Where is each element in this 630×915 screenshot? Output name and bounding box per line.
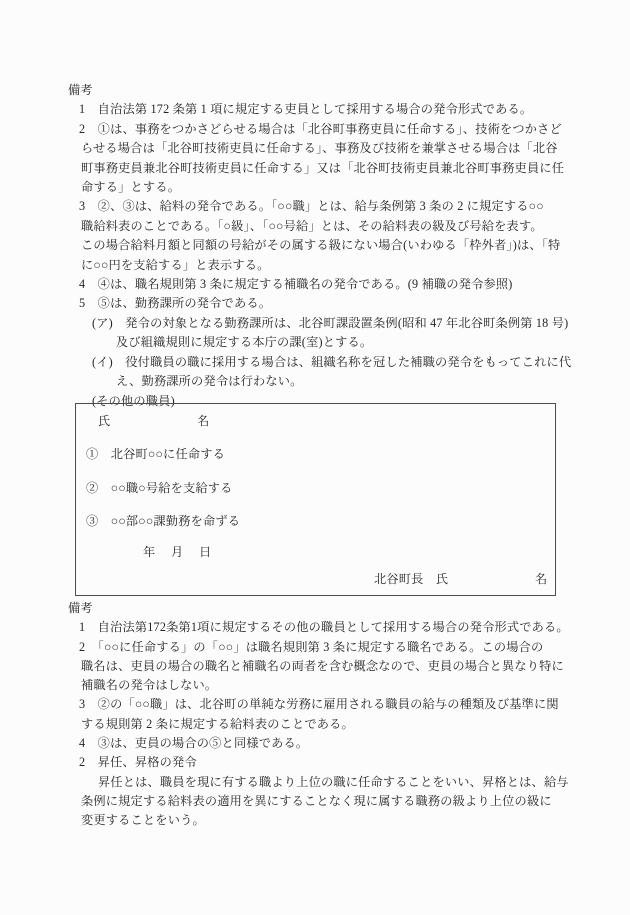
document-page: 備考 1 自治法第 172 条第 1 項に規定する吏員として採用する場合の発令形…: [0, 0, 630, 915]
remark-line: 条例に規定する給料表の適用を異にすることなく現に属する職務の級より上位の級に: [0, 792, 630, 811]
remark-line: この場合給料月額と同額の号給がその属する級にない場合(いわゆる「枠外者」)は、「…: [0, 236, 630, 255]
remark-line: 1 自治法第 172 条第 1 項に規定する吏員として採用する場合の発令形式であ…: [0, 100, 630, 119]
name-header: 氏 名: [76, 412, 555, 431]
remark-line: 昇任とは、職員を現に有する職より上位の職に任命することをいい、昇格とは、給与: [0, 773, 630, 792]
date-line: 年 月 日: [76, 543, 555, 562]
mayor-signature-line: 北谷町長 氏 名: [76, 570, 555, 589]
remark-subitem-line: (ア) 発令の対象となる勤務課所は、北谷町課設置条例(昭和 47 年北谷町条例第…: [0, 314, 630, 333]
remarks-heading: 備考: [0, 81, 630, 100]
remark-line: 2 「○○に任命する」の「○○」は職名規則第 3 条に規定する職名である。この場…: [0, 638, 630, 657]
remark-line: に○○円を支給する」と表示する。: [0, 256, 630, 275]
remark-line: 変更することをいう。: [0, 811, 630, 830]
remark-subitem-line: 及び組織規則に規定する本庁の課(室)とする。: [0, 333, 630, 352]
remark-line: 3 ②、③は、給料の発令である。「○○職」とは、給与条例第 3 条の 2 に規定…: [0, 197, 630, 216]
remark-line: 4 ④は、職名規則第 3 条に規定する補職名の発令である。(9 補職の発令参照): [0, 275, 630, 294]
remark-line: 命する」とする。: [0, 178, 630, 197]
section-heading-promotion: 2 昇任、昇格の発令: [0, 753, 630, 772]
form-item-3: ③ ○○部○○課勤務を命ずる: [76, 512, 555, 531]
form-item-1: ① 北谷町○○に任命する: [76, 445, 555, 464]
remark-line: 1 自治法第172条第1項に規定するその他の職員として採用する場合の発令形式であ…: [0, 618, 630, 637]
remark-subitem-line: (イ) 役付職員の職に採用する場合は、組織名称を冠した補職の発令をもってこれに代: [0, 353, 630, 372]
remark-subitem-line: え、勤務課所の発令は行わない。: [0, 372, 630, 391]
remark-line: 町事務吏員兼北谷町技術吏員に任命する」又は「北谷町技術吏員兼北谷町事務吏員に任: [0, 159, 630, 178]
form-item-2: ② ○○職○号給を支給する: [76, 479, 555, 498]
remark-line: らせる場合は「北谷町技術吏員に任命する」、事務及び技術を兼掌させる場合は「北谷: [0, 139, 630, 158]
remark-line: 職名は、吏員の場合の職名と補職名の両者を含む概念なので、吏員の場合と異なり特に: [0, 657, 630, 676]
remark-line: する規則第 2 条に規定する給料表のことである。: [0, 715, 630, 734]
remark-line: 4 ③は、吏員の場合の⑤と同様である。: [0, 734, 630, 753]
remark-line: 補職名の発令はしない。: [0, 676, 630, 695]
remark-line: 5 ⑤は、勤務課所の発令である。: [0, 294, 630, 313]
remarks-heading: 備考: [0, 599, 630, 618]
remarks-block-1: 備考 1 自治法第 172 条第 1 項に規定する吏員として採用する場合の発令形…: [0, 81, 630, 411]
remark-line: 職給料表のことである。「○級」、「○○号給」とは、その給料表の級及び号給を表す。: [0, 217, 630, 236]
appointment-form-box: 氏 名 ① 北谷町○○に任命する ② ○○職○号給を支給する ③ ○○部○○課勤…: [75, 403, 556, 596]
remark-line: 3 ②の「○○職」は、北谷町の単純な労務に雇用される職員の給与の種類及び基準に関: [0, 695, 630, 714]
remark-line: 2 ①は、事務をつかさどらせる場合は「北谷町事務吏員に任命する」、技術をつかさど: [0, 120, 630, 139]
remarks-block-2: 備考 1 自治法第172条第1項に規定するその他の職員として採用する場合の発令形…: [0, 599, 630, 831]
